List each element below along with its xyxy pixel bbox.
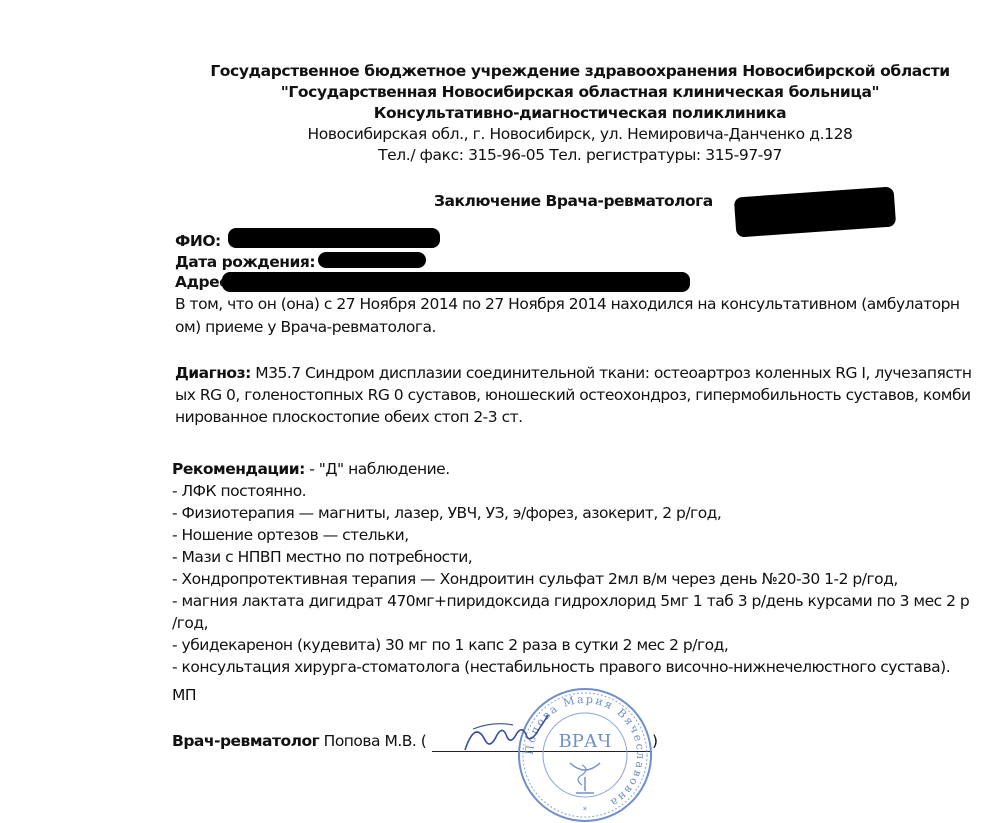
- svg-text:*: *: [583, 806, 588, 816]
- recommendation-item: - Хондропротективная терапия — Хондроити…: [172, 570, 898, 588]
- diagnosis-line-2: ых RG 0, голеностопных RG 0 суставов, юн…: [175, 386, 971, 404]
- medical-conclusion-document: Государственное бюджетное учреждение здр…: [0, 0, 1000, 823]
- svg-text:ВРАЧ: ВРАЧ: [559, 731, 612, 752]
- visit-line-1: В том, что он (она) с 27 Ноября 2014 по …: [175, 295, 960, 313]
- visit-line-2: ом) приеме у Врача-ревматолога.: [175, 318, 436, 336]
- dob-label: Дата рождения:: [175, 253, 315, 271]
- signature-line: Врач-ревматолог Попова М.В. (: [172, 732, 426, 750]
- recommendation-item: /год,: [172, 614, 208, 632]
- seal-place-label: МП: [172, 686, 196, 704]
- signer-name: Попова М.В. (: [319, 732, 426, 750]
- diagnosis-line-1: Диагноз: М35.7 Синдром дисплазии соедини…: [175, 364, 972, 382]
- recommendations-header: Рекомендации: - "Д" наблюдение.: [172, 460, 450, 478]
- header-department: Консультативно-диагностическая поликлини…: [170, 104, 990, 122]
- handwritten-signature-icon: [455, 715, 565, 760]
- recommendation-item: - Физиотерапия — магниты, лазер, УВЧ, УЗ…: [172, 504, 721, 522]
- recommendations-label: Рекомендации:: [172, 460, 305, 478]
- header-institution: Государственное бюджетное учреждение здр…: [170, 62, 990, 80]
- recommendation-item: - Мази с НПВП местно по потребности,: [172, 548, 472, 566]
- diagnosis-line-3: нированное плоскостопие обеих стоп 2-3 с…: [175, 408, 523, 426]
- recommendation-item: - магния лактата дигидрат 470мг+пиридокс…: [172, 592, 969, 610]
- recommendation-item: - ЛФК постоянно.: [172, 482, 306, 500]
- diagnosis-label: Диагноз:: [175, 364, 251, 382]
- header-phones: Тел./ факс: 315-96-05 Тел. регистратуры:…: [170, 146, 990, 164]
- redaction-fio: [228, 228, 440, 248]
- signer-role: Врач-ревматолог: [172, 732, 319, 750]
- redaction-dob: [318, 252, 426, 268]
- document-title: Заключение Врача-ревматолога: [434, 192, 713, 210]
- fio-label: ФИО:: [175, 232, 221, 250]
- header-hospital: "Государственная Новосибирская областная…: [170, 83, 990, 101]
- header-address: Новосибирская обл., г. Новосибирск, ул. …: [170, 125, 990, 143]
- recommendation-item: - убидекаренон (кудевита) 30 мг по 1 кап…: [172, 636, 728, 654]
- recommendation-item: - консультация хирурга-стоматолога (нест…: [172, 658, 950, 676]
- recommendation-item: - Ношение ортезов — стельки,: [172, 526, 409, 544]
- redaction-address: [222, 272, 690, 292]
- redaction-mark: [734, 186, 896, 237]
